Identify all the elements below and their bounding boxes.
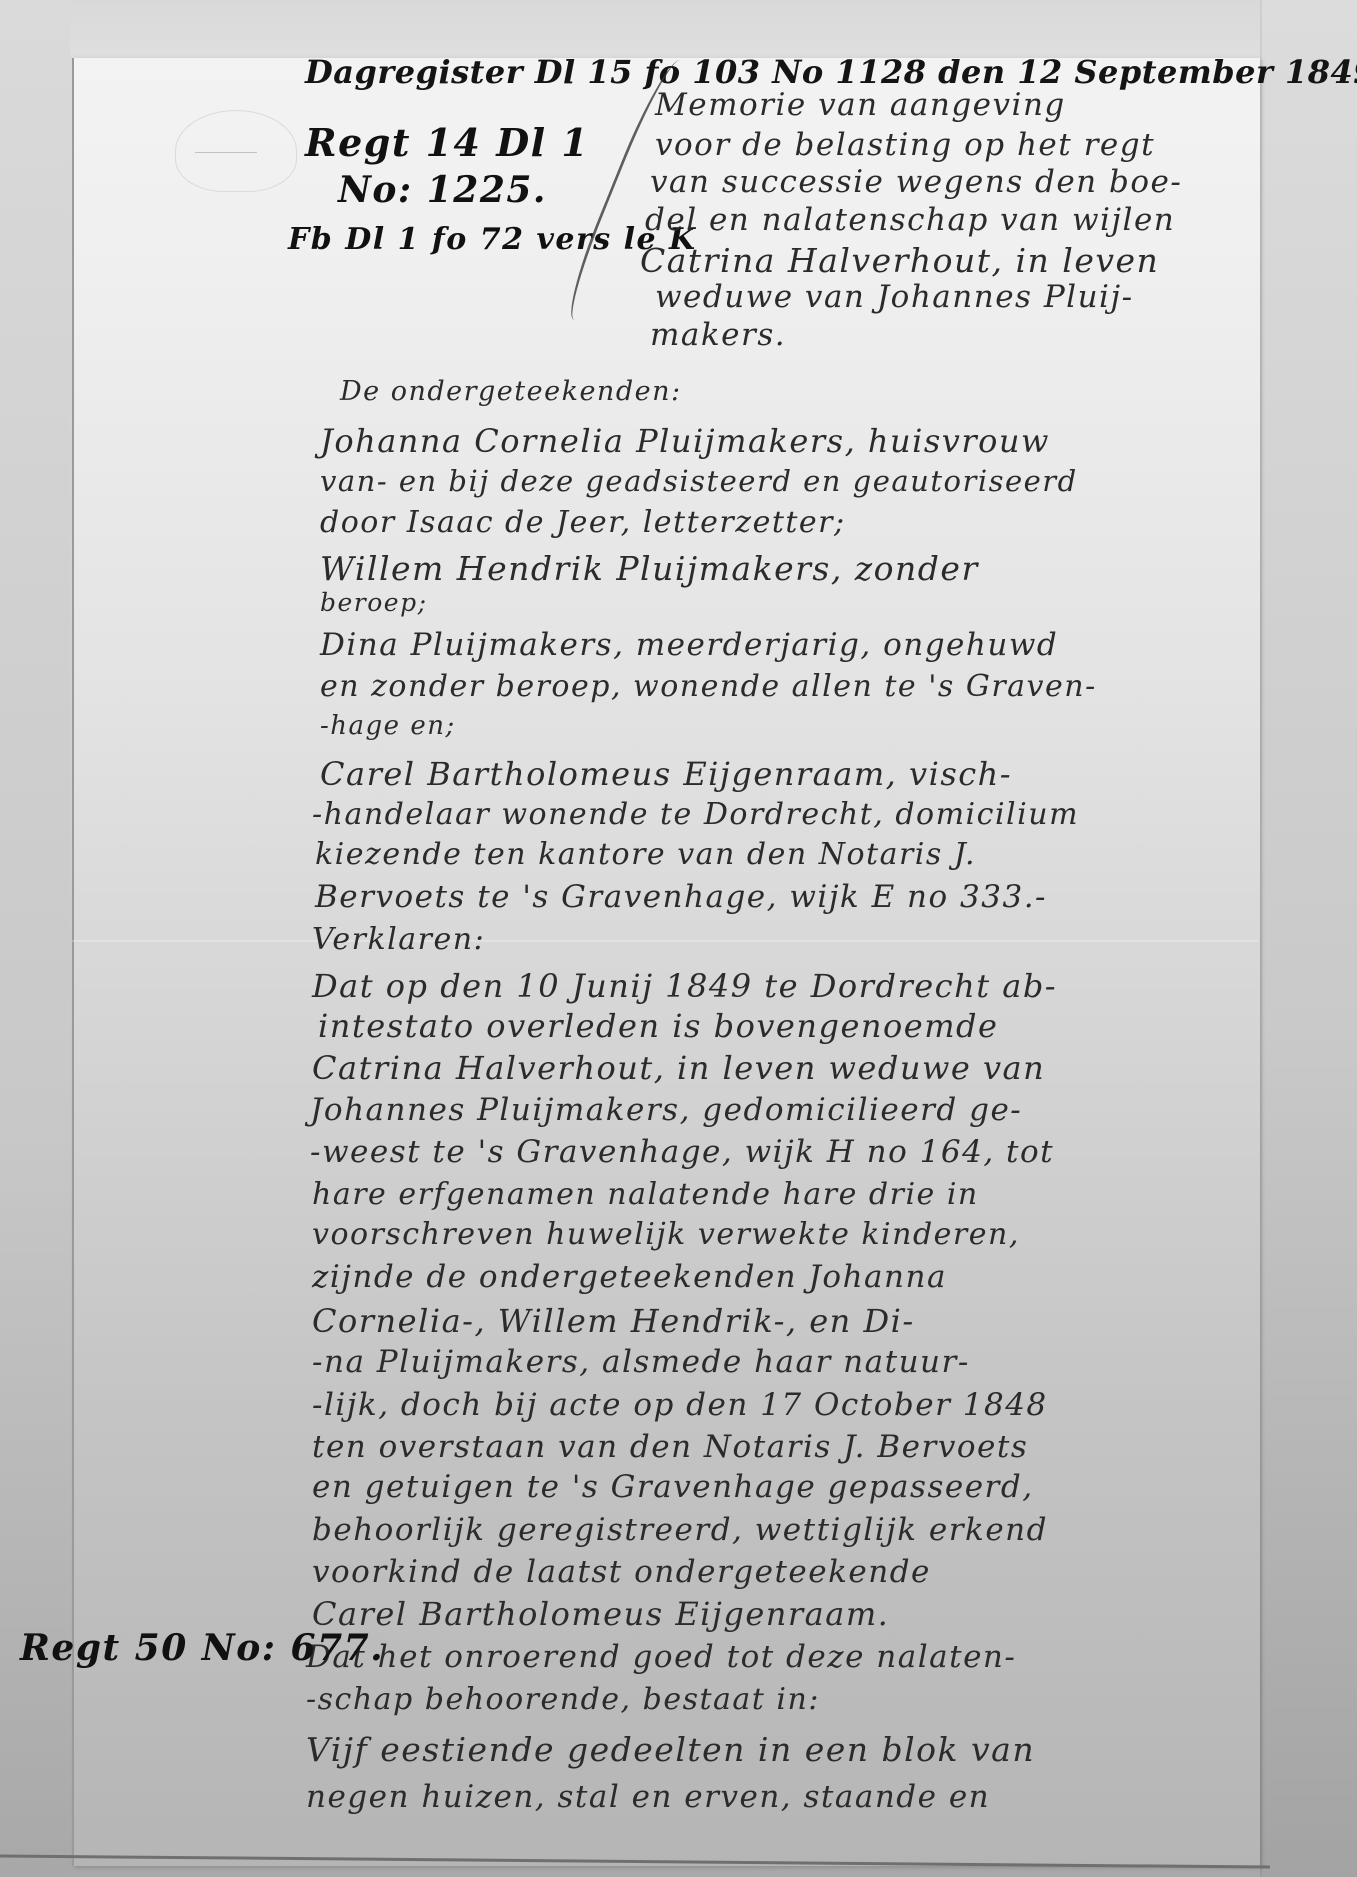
scanner-background-top <box>0 0 1357 55</box>
body-line: voorschreven huwelijk verwekte kinderen, <box>312 1220 1020 1250</box>
body-line: -na Pluijmakers, alsmede haar natuur- <box>312 1347 970 1378</box>
body-line: Catrina Halverhout, in leven weduwe van <box>312 1052 1045 1084</box>
body-line: voorkind de laatst ondergeteekende <box>312 1557 931 1588</box>
body-line: van- en bij deze geadsisteerd en geautor… <box>320 467 1078 496</box>
paper-fold <box>72 940 1258 942</box>
margin-note-register: Regt 50 No: 677. <box>20 1630 384 1666</box>
body-line: -lijk, doch bij acte op den 17 October 1… <box>312 1390 1048 1421</box>
body-line: Willem Hendrik Pluijmakers, zonder <box>320 552 979 585</box>
body-line: en zonder beroep, wonende allen te 's Gr… <box>320 672 1097 702</box>
embossed-stamp-line <box>195 152 257 153</box>
body-line: kiezende ten kantore van den Notaris J. <box>315 840 976 870</box>
register-number: No: 1225. <box>338 172 547 208</box>
body-line: Vijf eestiende gedeelten in een blok van <box>306 1733 1035 1766</box>
title-line-3: van successie wegens den boe- <box>650 167 1182 198</box>
body-line: Dat op den 10 Junij 1849 te Dordrecht ab… <box>312 970 1057 1002</box>
title-line-2: voor de belasting op het regt <box>655 130 1155 161</box>
body-line: intestato overleden is bovengenoemde <box>318 1010 998 1042</box>
body-line: door Isaac de Jeer, letterzetter; <box>320 508 846 538</box>
body-line: -hage en; <box>320 713 456 739</box>
body-line: -weest te 's Gravenhage, wijk H no 164, … <box>310 1137 1054 1168</box>
body-line: Carel Bartholomeus Eijgenraam, visch- <box>320 758 1012 790</box>
body-line: negen huizen, stal en erven, staande en <box>306 1782 990 1813</box>
title-line-7: makers. <box>650 320 786 351</box>
body-line: behoorlijk geregistreerd, wettiglijk erk… <box>312 1515 1048 1546</box>
body-line: Dina Pluijmakers, meerderjarig, ongehuwd <box>320 630 1058 661</box>
register-reference: Regt 14 Dl 1 <box>305 124 589 162</box>
body-line: Dat het onroerend goed tot deze nalaten- <box>306 1642 1016 1673</box>
body-line: zijnde de ondergeteekenden Johanna <box>312 1262 947 1293</box>
body-line: en getuigen te 's Gravenhage gepasseerd, <box>312 1472 1034 1503</box>
title-line-6: weduwe van Johannes Pluij- <box>655 282 1134 313</box>
title-line-4: del en nalatenschap van wijlen <box>645 205 1175 236</box>
body-line: Cornelia-, Willem Hendrik-, en Di- <box>312 1305 915 1337</box>
body-line: Bervoets te 's Gravenhage, wijk E no 333… <box>315 882 1047 913</box>
body-line: beroep; <box>320 590 428 615</box>
embossed-stamp-icon <box>175 110 297 192</box>
body-line: Verklaren: <box>312 925 485 955</box>
scanner-background-right <box>1260 0 1357 1877</box>
body-line: ten overstaan van den Notaris J. Bervoet… <box>312 1432 1028 1463</box>
body-line: Johanna Cornelia Pluijmakers, huisvrouw <box>320 425 1050 457</box>
scanner-background-left <box>0 0 70 1877</box>
body-line: De ondergeteekenden: <box>340 378 682 405</box>
body-line: hare erfgenamen nalatende hare drie in <box>312 1180 979 1210</box>
registry-line: Dagregister Dl 15 fo 103 No 1128 den 12 … <box>305 56 1357 88</box>
body-line: Carel Bartholomeus Eijgenraam. <box>312 1598 889 1630</box>
body-line: Johannes Pluijmakers, gedomicilieerd ge- <box>310 1095 1022 1126</box>
body-line: -handelaar wonende te Dordrecht, domicil… <box>312 800 1079 830</box>
title-line-5: Catrina Halverhout, in leven <box>640 244 1159 277</box>
title-line-1: Memorie van aangeving <box>655 90 1066 121</box>
body-line: -schap behoorende, bestaat in: <box>306 1685 820 1715</box>
